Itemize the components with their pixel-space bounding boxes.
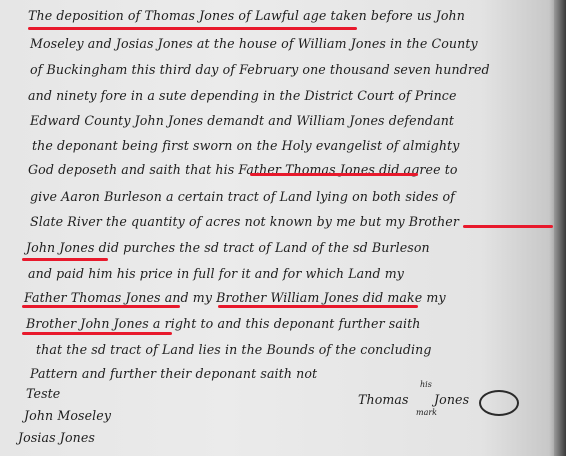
text-line-14: that the sd tract of Land lies in the Bo… bbox=[36, 342, 432, 357]
text-line-12: Father Thomas Jones and my Brother Willi… bbox=[24, 290, 446, 305]
text-line-6: the deponant being first sworn on the Ho… bbox=[32, 138, 459, 153]
highlight-underline-6 bbox=[218, 305, 418, 308]
highlight-underline-1 bbox=[28, 27, 357, 30]
deposition-document: The deposition of Thomas Jones of Lawful… bbox=[0, 0, 566, 456]
signature-first-name: Thomas bbox=[358, 392, 409, 407]
text-line-4: and ninety fore in a sute depending in t… bbox=[28, 88, 457, 103]
seal-icon bbox=[479, 390, 519, 416]
witness-name-2: Josias Jones bbox=[18, 430, 95, 445]
highlight-underline-7 bbox=[22, 332, 172, 335]
signature-mark-top: his bbox=[420, 380, 432, 389]
highlight-underline-4 bbox=[22, 258, 108, 261]
highlight-underline-2 bbox=[250, 173, 418, 176]
highlight-underline-3 bbox=[463, 225, 553, 228]
text-line-11: and paid him his price in full for it an… bbox=[28, 266, 404, 281]
witness-name-1: John Moseley bbox=[24, 408, 111, 423]
text-line-10: John Jones did purches the sd tract of L… bbox=[26, 240, 430, 255]
page-edge-shadow bbox=[554, 0, 566, 456]
signature-mark-bottom: mark bbox=[416, 408, 437, 417]
text-line-8: give Aaron Burleson a certain tract of L… bbox=[30, 189, 455, 204]
signature-last-name: Jones bbox=[434, 392, 469, 407]
text-line-1: The deposition of Thomas Jones of Lawful… bbox=[28, 8, 465, 23]
witness-label: Teste bbox=[26, 386, 60, 401]
text-line-2: Moseley and Josias Jones at the house of… bbox=[30, 36, 478, 51]
text-line-13: Brother John Jones a right to and this d… bbox=[26, 316, 420, 331]
text-line-5: Edward County John Jones demandt and Wil… bbox=[30, 113, 454, 128]
text-line-15: Pattern and further their deponant saith… bbox=[30, 366, 317, 381]
text-line-3: of Buckingham this third day of February… bbox=[30, 62, 490, 77]
highlight-underline-5 bbox=[22, 305, 180, 308]
text-line-9: Slate River the quantity of acres not kn… bbox=[30, 214, 459, 229]
